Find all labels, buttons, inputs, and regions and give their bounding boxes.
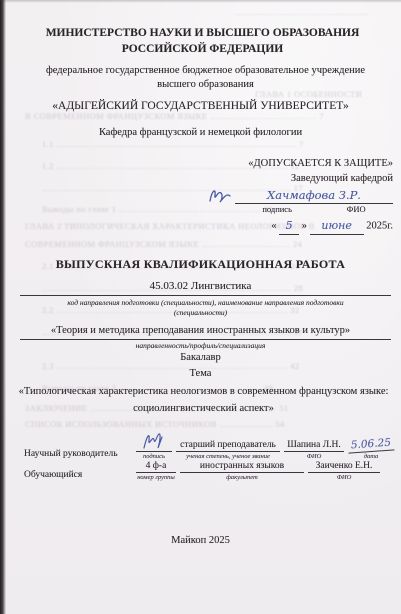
profile-name: «Теория и методика преподавания иностран… [0,325,401,336]
scan-top-edge [0,0,401,3]
approval-date-year: 2025г. [366,221,393,232]
approval-date-day: 5 [279,218,299,234]
approval-date-month: июне [310,218,364,234]
supervisor-fio-caption: ФИО [284,453,344,460]
scan-left-edge [0,0,6,614]
supervisor-date-caption: дата [348,453,394,460]
supervisor-label: Научный руководитель [24,449,136,460]
head-signature-captions: подпись ФИО [235,204,393,216]
student-fio-cell: Заиченко Е.Н. ФИО [308,461,380,481]
student-faculty: иностранных языков [180,461,304,473]
approval-date-row: « 5 » июне 2025г. [183,218,393,234]
supervisor-signature-caption: подпись [136,453,172,460]
fio-caption: ФИО [347,204,366,216]
ministry-heading: МИНИСТЕРСТВО НАУКИ И ВЫСШЕГО ОБРАЗОВАНИЯ… [18,26,387,57]
city-year-footer: Майкоп 2025 [0,535,401,546]
program-code: 45.03.02 Лингвистика [0,280,401,292]
head-of-department-title: Заведующий кафедрой [183,172,393,187]
profile-caption: направленность/профиль/специализация [0,341,401,350]
head-signature-row: Хачмафова З.Р. [183,187,393,204]
supervisor-date-cell: 5.06.25 дата [348,438,394,460]
program-caption-line1: код направления подготовки (специальност… [22,297,389,308]
work-type-heading: ВЫПУСКНАЯ КВАЛИФИКАЦИОННАЯ РАБОТА [0,257,401,272]
thesis-title-page: ………………………………………ГЛАВА 1 ОСОБЕННОСТИВ СОВР… [0,0,401,614]
student-row: Обучающийся 4 ф-а номер группы иностранн… [24,461,390,481]
supervisor-signature-cell: подпись [136,432,172,460]
supervisor-position: старший преподаватель [176,440,280,452]
supervisor-fio: Шапина Л.Н. [284,440,344,452]
student-group: 4 ф-а [136,461,176,473]
quote-open: « [271,221,276,232]
content-layer: МИНИСТЕРСТВО НАУКИ И ВЫСШЕГО ОБРАЗОВАНИЯ… [0,0,401,614]
supervisor-fio-cell: Шапина Л.Н. ФИО [284,440,344,460]
quote-close: » [302,221,307,232]
head-signature-scribble-icon [207,187,233,204]
supervisor-date-handwritten: 5.06.25 [348,436,395,453]
profile-underline-rule [20,339,391,340]
student-group-cell: 4 ф-а номер группы [136,461,176,481]
supervisor-signature-scribble-icon [141,432,167,450]
supervisor-position-caption: ученая степень, ученое звание [176,453,280,460]
institution-type: федеральное государственное бюджетное об… [40,64,371,92]
student-faculty-caption: факультет [180,474,304,481]
student-faculty-cell: иностранных языков факультет [180,461,304,481]
head-signature-name: Хачмафова З.Р. [235,187,393,204]
degree-level: Бакалавр [0,352,401,363]
department-name: Кафедра французской и немецкой филологии [0,127,401,138]
theme-label: Тема [0,368,401,379]
supervisor-position-cell: старший преподаватель ученая степень, уч… [176,440,280,460]
student-fio: Заиченко Е.Н. [308,461,380,473]
student-group-caption: номер группы [136,474,176,481]
program-underline-rule [20,295,391,296]
approval-stamp: «ДОПУСКАЕТСЯ К ЗАЩИТЕ» [183,157,393,172]
supervisor-signature [136,432,172,452]
program-caption-line2: (специальности) [0,308,401,317]
thesis-title: «Типологическая характеристика неологизм… [18,384,389,418]
student-fio-caption: ФИО [308,474,380,481]
student-label: Обучающийся [24,470,136,481]
approval-block: «ДОПУСКАЕТСЯ К ЗАЩИТЕ» Заведующий кафедр… [183,157,393,235]
supervisor-row: Научный руководитель подпись старший пре… [24,432,390,460]
signature-caption: подпись [262,204,292,216]
university-name: «АДЫГЕЙСКИЙ ГОСУДАРСТВЕННЫЙ УНИВЕРСИТЕТ» [0,100,401,112]
